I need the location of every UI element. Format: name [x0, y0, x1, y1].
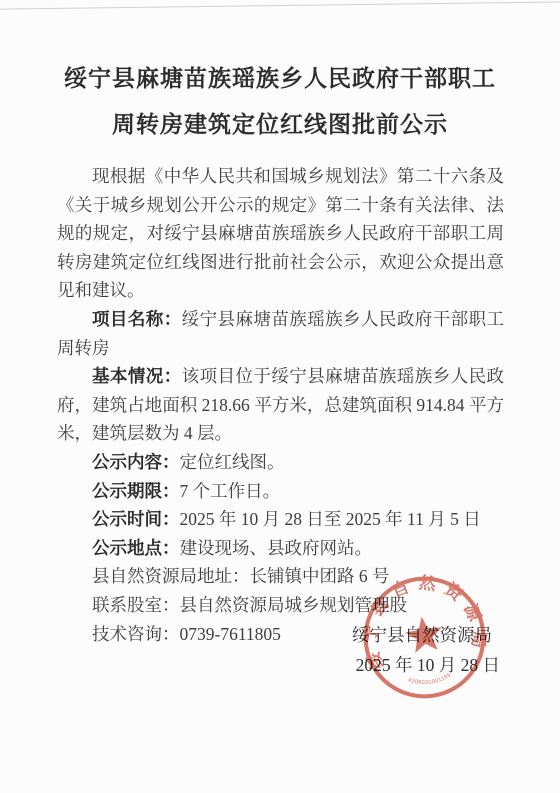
- signoff-date: 2025 年 10 月 28 日: [352, 651, 500, 681]
- field-value: 县自然资源局城乡规划管理股: [180, 595, 408, 615]
- scan-paper-edge: [0, 1, 560, 9]
- field-value: 2025 年 10 月 28 日至 2025 年 11 月 5 日: [180, 509, 481, 529]
- field-notice-content: 公示内容：定位红线图。: [57, 448, 504, 477]
- field-value: 定位红线图。: [180, 452, 285, 472]
- scanned-notice-page: 绥宁县麻塘苗族瑶族乡人民政府干部职工 周转房建筑定位红线图批前公示 现根据《中华…: [0, 0, 560, 793]
- field-notice-time: 公示时间：2025 年 10 月 28 日至 2025 年 11 月 5 日: [57, 505, 504, 534]
- field-value: 0739-7611805: [180, 624, 281, 644]
- field-label: 公示地点：: [92, 538, 180, 558]
- notice-title: 绥宁县麻塘苗族瑶族乡人民政府干部职工 周转房建筑定位红线图批前公示: [30, 56, 530, 148]
- field-label: 公示时间：: [92, 509, 180, 529]
- intro-paragraph: 现根据《中华人民共和国城乡规划法》第二十六条及《关于城乡规划公开公示的规定》第二…: [57, 162, 504, 305]
- notice-title-line2: 周转房建筑定位红线图批前公示: [30, 102, 530, 148]
- field-basic-info: 基本情况：该项目位于绥宁县麻塘苗族瑶族乡人民政府，建筑占地面积 218.66 平…: [57, 362, 504, 448]
- field-project-name: 项目名称：绥宁县麻塘苗族瑶族乡人民政府干部职工周转房: [57, 305, 504, 362]
- field-notice-period: 公示期限：7 个工作日。: [57, 477, 504, 506]
- field-label: 项目名称：: [92, 309, 182, 329]
- field-bureau-address: 县自然资源局地址：长铺镇中团路 6 号: [57, 562, 504, 591]
- signoff-block: 绥宁县自然资源局 2025 年 10 月 28 日: [352, 621, 500, 680]
- signoff-issuer: 绥宁县自然资源局: [352, 621, 500, 651]
- field-value: 长铺镇中团路 6 号: [250, 566, 390, 586]
- field-value: 建设现场、县政府网站。: [180, 538, 373, 558]
- field-label: 联系股室：: [92, 595, 180, 615]
- notice-body: 现根据《中华人民共和国城乡规划法》第二十六条及《关于城乡规划公开公示的规定》第二…: [57, 162, 504, 648]
- field-label: 基本情况：: [92, 366, 182, 386]
- field-label: 公示期限：: [92, 481, 180, 501]
- field-value: 7 个工作日。: [180, 481, 281, 501]
- field-label: 公示内容：: [92, 452, 180, 472]
- field-notice-location: 公示地点：建设现场、县政府网站。: [57, 534, 504, 563]
- notice-title-line1: 绥宁县麻塘苗族瑶族乡人民政府干部职工: [30, 56, 530, 102]
- field-label: 县自然资源局地址：: [92, 566, 250, 586]
- field-label: 技术咨询：: [92, 624, 180, 644]
- field-contact-office: 联系股室：县自然资源局城乡规划管理股: [57, 591, 504, 620]
